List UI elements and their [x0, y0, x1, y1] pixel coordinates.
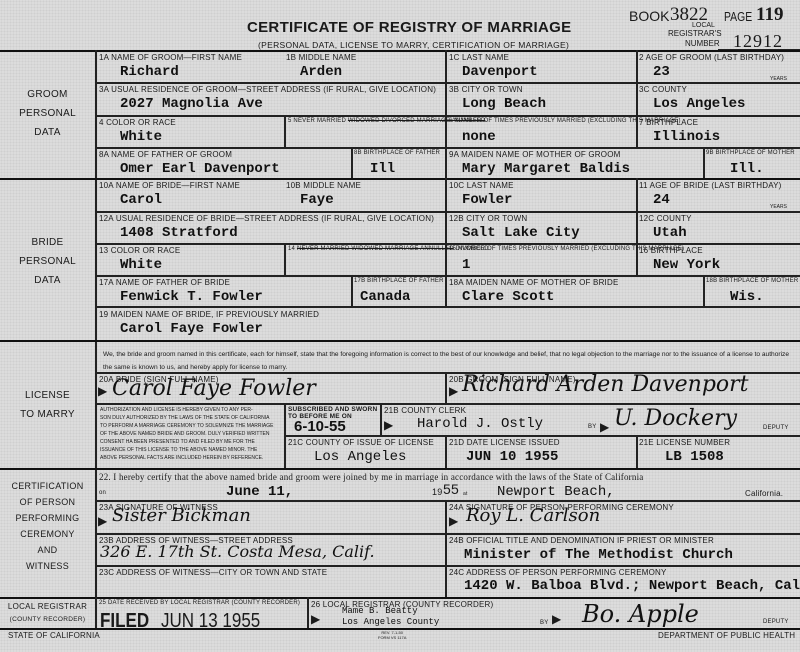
- marriage-certificate: CERTIFICATE OF REGISTRY OF MARRIAGE (PER…: [0, 0, 800, 652]
- divider: [95, 275, 800, 277]
- bride-middle-name: Faye: [300, 192, 334, 208]
- ceremony-year: 55: [443, 481, 459, 497]
- divider: [0, 50, 800, 52]
- arrow-right-icon: ▶: [449, 384, 458, 398]
- arrow-right-icon: ▶: [98, 514, 107, 528]
- license-number: LB 1508: [665, 449, 724, 465]
- section-label: WITNESS: [0, 558, 95, 574]
- divider: [445, 372, 447, 403]
- arrow-right-icon: ▶: [449, 514, 458, 528]
- groom-father-name: Omer Earl Davenport: [120, 161, 280, 177]
- divider: [95, 533, 800, 535]
- divider: [307, 597, 309, 628]
- field-label-23c: 23C ADDRESS OF WITNESS—CITY OR TOWN AND …: [99, 568, 327, 577]
- page-number: 119: [756, 4, 783, 26]
- divider: [445, 435, 447, 468]
- divider: [95, 403, 800, 405]
- divider: [284, 243, 286, 275]
- section-label: (COUNTY RECORDER): [0, 613, 95, 626]
- field-label-16: 16 BIRTHPLACE: [639, 246, 703, 255]
- license-authorization-text: AUTHORIZATION AND LICENSE IS HEREBY GIVE…: [100, 406, 273, 462]
- license-declaration: We, the bride and groom named in this ce…: [103, 348, 793, 374]
- page-label: PAGE: [724, 9, 752, 24]
- date-filed: JUN 13 1955: [161, 610, 260, 632]
- on-label: on: [99, 490, 106, 496]
- groom-signature: Richard Arden Davenport: [462, 372, 749, 397]
- footer-state: STATE OF CALIFORNIA: [8, 631, 100, 640]
- section-label: CERTIFICATION: [0, 478, 95, 494]
- divider: [95, 597, 97, 628]
- ceremony-date: June 11,: [226, 484, 293, 500]
- section-label: PERSONAL: [0, 252, 95, 271]
- text-line: TO PERFORM A MARRIAGE CEREMONY TO SOLEMN…: [100, 422, 273, 430]
- field-label-1a: 1A NAME OF GROOM—FIRST NAME: [99, 53, 242, 62]
- number-label: NUMBER: [685, 39, 720, 48]
- section-label: BRIDE: [0, 233, 95, 252]
- field-label-10a: 10A NAME OF BRIDE—FIRST NAME: [99, 181, 240, 190]
- ceremony-state: California.: [745, 489, 783, 498]
- section-label: GROOM: [0, 85, 95, 104]
- divider: [445, 178, 447, 306]
- bride-city: Salt Lake City: [462, 225, 580, 241]
- bride-maiden-name: Carol Faye Fowler: [120, 321, 263, 337]
- section-label: OF PERSON: [0, 494, 95, 510]
- groom-street-address: 2027 Magnolia Ave: [120, 96, 263, 112]
- field-label-18b: 18B BIRTHPLACE OF MOTHER: [706, 278, 798, 284]
- divider: [445, 500, 447, 598]
- divider: [351, 147, 353, 178]
- field-label-17b: 17B BIRTHPLACE OF FATHER: [354, 278, 444, 284]
- date-license-issued: JUN 10 1955: [466, 449, 558, 465]
- divider: [284, 403, 286, 468]
- bride-father-name: Fenwick T. Fowler: [120, 289, 263, 305]
- divider: [95, 50, 97, 598]
- section-groom-personal-data: GROOM PERSONAL DATA: [0, 85, 95, 142]
- section-label: LOCAL REGISTRAR: [0, 600, 95, 613]
- divider: [284, 435, 800, 437]
- divider: [0, 340, 800, 342]
- section-local-registrar: LOCAL REGISTRAR (COUNTY RECORDER): [0, 600, 95, 626]
- field-label-8b: 8B BIRTHPLACE OF FATHER: [354, 150, 440, 156]
- registrar-deputy-signature: Bo. Apple: [582, 600, 699, 628]
- section-label: LICENSE: [0, 386, 95, 405]
- field-label-12c: 12C COUNTY: [639, 214, 692, 223]
- certificate-subtitle: (PERSONAL DATA, LICENSE TO MARRY, CERTIF…: [258, 40, 569, 50]
- section-certification: CERTIFICATION OF PERSON PERFORMING CEREM…: [0, 478, 95, 574]
- field-label-18a: 18A MAIDEN NAME OF MOTHER OF BRIDE: [449, 278, 619, 287]
- field-label-24b: 24B OFFICIAL TITLE AND DENOMINATION IF P…: [449, 536, 714, 545]
- field-label-19: 19 MAIDEN NAME OF BRIDE, IF PREVIOUSLY M…: [99, 310, 319, 319]
- groom-city: Long Beach: [462, 96, 546, 112]
- text-line: AUTHORIZATION AND LICENSE IS HEREBY GIVE…: [100, 406, 273, 414]
- text-line: CONSENT HA BEEN PRESENTED TO AND FILED B…: [100, 438, 273, 446]
- field-label-3b: 3B CITY OR TOWN: [449, 85, 523, 94]
- divider: [636, 178, 638, 275]
- local-registrar-county: Los Angeles County: [342, 617, 439, 627]
- arrow-right-icon: ▶: [552, 612, 561, 626]
- section-label: CEREMONY: [0, 526, 95, 542]
- year-prefix: 19: [432, 487, 442, 497]
- section-label: PERFORMING: [0, 510, 95, 526]
- bride-race: White: [120, 257, 162, 273]
- field-label-10b: 10B MIDDLE NAME: [286, 181, 361, 190]
- bride-age: 24: [653, 192, 670, 208]
- deputy-clerk-signature: U. Dockery: [614, 406, 737, 431]
- arrow-right-icon: ▶: [600, 420, 609, 434]
- divider: [636, 435, 638, 468]
- field-label-13: 13 COLOR OR RACE: [99, 246, 180, 255]
- divider: [95, 500, 800, 502]
- text-line: ISSUANCE OF THIS LICENSE TO THE ABOVE NA…: [100, 446, 273, 454]
- age-unit: YEARS: [770, 203, 787, 211]
- field-label-12b: 12B CITY OR TOWN: [449, 214, 527, 223]
- groom-mother-birthplace: Ill.: [730, 161, 764, 177]
- form-id: FORM VS 117A: [378, 635, 406, 640]
- field-number: 5: [288, 118, 292, 124]
- marital-status-struck: NEVER MARRIED WIDOWED MARRIAGE ANNULLED: [297, 246, 454, 252]
- arrow-right-icon: ▶: [311, 612, 320, 626]
- text-line: ABOVE PERSONAL FACTS ARE INCLUDED HEREIN…: [100, 454, 273, 462]
- county-of-issue: Los Angeles: [314, 449, 406, 465]
- age-unit: YEARS: [770, 75, 787, 83]
- field-label-25: 25 DATE RECEIVED BY LOCAL REGISTRAR (COU…: [99, 600, 300, 606]
- field-label-4: 4 COLOR OR RACE: [99, 118, 176, 127]
- field-label-2: 2 AGE OF GROOM (LAST BIRTHDAY): [639, 53, 784, 62]
- at-label: at: [463, 491, 468, 497]
- deputy-label: DEPUTY: [763, 425, 789, 431]
- certificate-title: CERTIFICATE OF REGISTRY OF MARRIAGE: [247, 19, 571, 36]
- county-clerk-name: Harold J. Ostly: [417, 416, 543, 432]
- field-label-3c: 3C COUNTY: [639, 85, 687, 94]
- divider: [0, 597, 800, 599]
- groom-times-married: none: [462, 129, 496, 145]
- groom-birthplace: Illinois: [653, 129, 720, 145]
- bride-last-name: Fowler: [462, 192, 512, 208]
- divider: [95, 565, 800, 567]
- field-label-17a: 17A NAME OF FATHER OF BRIDE: [99, 278, 230, 287]
- section-label: DATA: [0, 123, 95, 142]
- divider: [95, 306, 800, 308]
- bride-county: Utah: [653, 225, 687, 241]
- divider: [95, 82, 800, 84]
- by-label: BY: [540, 620, 548, 626]
- divider: [95, 243, 800, 245]
- groom-age: 23: [653, 64, 670, 80]
- text-line: SON DULY AUTHORIZED BY THE LAWS OF THE S…: [100, 414, 273, 422]
- deputy-label: DEPUTY: [763, 619, 789, 625]
- divider: [445, 50, 447, 178]
- local-registrar-name: Mame B. Beatty: [342, 606, 418, 616]
- witness-signature: Sister Bickman: [112, 505, 251, 526]
- officiant-signature: Roy L. Carlson: [466, 505, 600, 526]
- divider: [351, 275, 353, 306]
- groom-father-birthplace: Ill: [370, 161, 395, 177]
- filed-label: FILED: [100, 610, 149, 632]
- bride-mother-birthplace: Wis.: [730, 289, 764, 305]
- section-bride-personal-data: BRIDE PERSONAL DATA: [0, 233, 95, 290]
- bride-street-address: 1408 Stratford: [120, 225, 238, 241]
- section-label: PERSONAL: [0, 104, 95, 123]
- field-label-24c: 24C ADDRESS OF PERSON PERFORMING CEREMON…: [449, 568, 667, 577]
- divider: [284, 115, 286, 147]
- section-label: AND: [0, 542, 95, 558]
- field-label-9a: 9A MAIDEN NAME OF MOTHER OF GROOM: [449, 150, 621, 159]
- groom-county: Los Angeles: [653, 96, 745, 112]
- filed-stamp: FILEDJUN 13 1955: [100, 610, 260, 633]
- local-label: LOCAL: [692, 22, 715, 29]
- sworn-date: 6-10-55: [294, 418, 346, 435]
- groom-last-name: Davenport: [462, 64, 538, 80]
- arrow-right-icon: ▶: [384, 418, 393, 432]
- groom-middle-name: Arden: [300, 64, 342, 80]
- bride-times-married: 1: [462, 257, 470, 273]
- bride-father-birthplace: Canada: [360, 289, 410, 305]
- section-license-to-marry: LICENSE TO MARRY: [0, 386, 95, 424]
- field-label-10c: 10C LAST NAME: [449, 181, 514, 190]
- field-number: 14: [288, 246, 295, 252]
- bride-signature: Carol Faye Fowler: [112, 376, 316, 401]
- divider: [0, 178, 800, 180]
- section-label: DATA: [0, 271, 95, 290]
- field-label-12a: 12A USUAL RESIDENCE OF BRIDE—STREET ADDR…: [99, 214, 434, 223]
- divider: [703, 275, 705, 306]
- bride-birthplace: New York: [653, 257, 720, 273]
- divider: [703, 147, 705, 178]
- field-label-21d: 21D DATE LICENSE ISSUED: [449, 438, 560, 447]
- field-label-21c: 21C COUNTY OF ISSUE OF LICENSE: [288, 438, 434, 447]
- bride-first-name: Carol: [120, 192, 162, 208]
- officiant-address: 1420 W. Balboa Blvd.; Newport Beach, Cal…: [464, 578, 800, 594]
- field-label-3a: 3A USUAL RESIDENCE OF GROOM—STREET ADDRE…: [99, 85, 436, 94]
- field-label-21b: 21B COUNTY CLERK: [384, 406, 466, 415]
- book-label: BOOK: [629, 8, 669, 24]
- field-label-7: 7 BIRTHPLACE: [639, 118, 698, 127]
- bride-mother-maiden-name: Clare Scott: [462, 289, 554, 305]
- section-label: TO MARRY: [0, 405, 95, 424]
- divider: [0, 468, 800, 470]
- marital-status-kept: NEVER MARRIED: [293, 118, 346, 124]
- field-label-1b: 1B MIDDLE NAME: [286, 53, 356, 62]
- footer-department: DEPARTMENT OF PUBLIC HEALTH: [658, 631, 795, 640]
- divider: [95, 147, 800, 149]
- form-number: REV. 7-1-50 FORM VS 117A: [378, 630, 406, 640]
- groom-first-name: Richard: [120, 64, 179, 80]
- field-label-1c: 1C LAST NAME: [449, 53, 509, 62]
- registrar-label: REGISTRAR'S: [668, 29, 722, 38]
- divider: [95, 115, 800, 117]
- witness-street-address: 326 E. 17th St. Costa Mesa, Calif.: [100, 542, 375, 561]
- arrow-right-icon: ▶: [98, 384, 107, 398]
- by-label: BY: [588, 424, 596, 430]
- certification-statement: 22. I hereby certify that the above name…: [99, 472, 643, 482]
- field-label-21e: 21E LICENSE NUMBER: [639, 438, 730, 447]
- groom-race: White: [120, 129, 162, 145]
- divider: [380, 403, 382, 435]
- field-label-8a: 8A NAME OF FATHER OF GROOM: [99, 150, 232, 159]
- divider: [95, 211, 800, 213]
- ceremony-place: Newport Beach,: [497, 484, 615, 500]
- officiant-title: Minister of The Methodist Church: [464, 547, 733, 563]
- field-label-11: 11 AGE OF BRIDE (LAST BIRTHDAY): [639, 181, 782, 190]
- groom-mother-maiden-name: Mary Margaret Baldis: [462, 161, 630, 177]
- field-label-9b: 9B BIRTHPLACE OF MOTHER: [706, 150, 795, 156]
- text-line: OF THE ABOVE NAMED BRIDE AND GROOM. DULY…: [100, 430, 273, 438]
- divider: [636, 50, 638, 147]
